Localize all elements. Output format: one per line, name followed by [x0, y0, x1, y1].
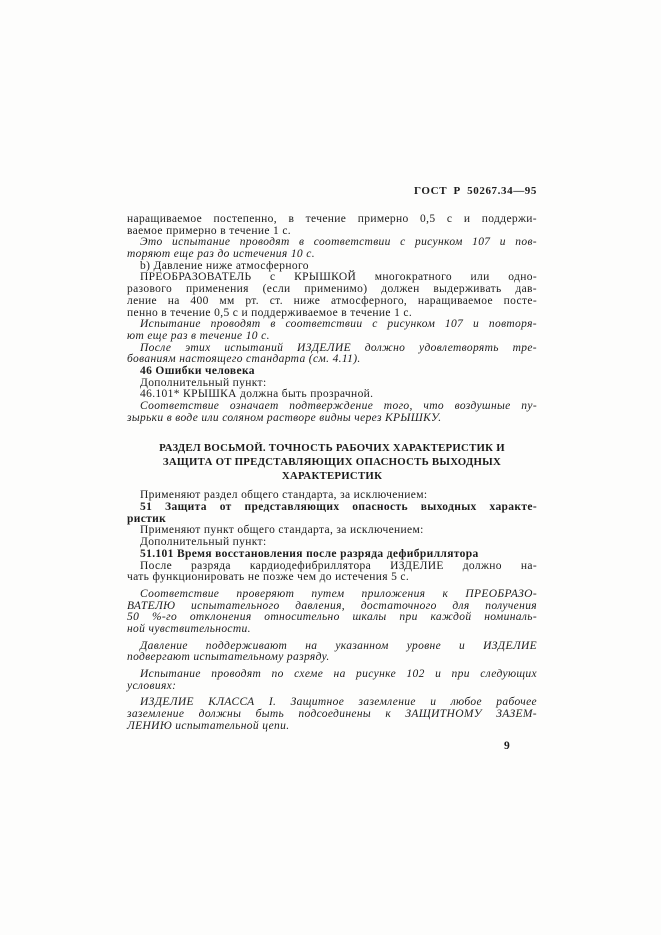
text-line: ление на 400 мм рт. ст. ниже атмосферног… — [127, 296, 537, 308]
paragraph: После разряда кардиодефибриллятора ИЗДЕЛ… — [127, 561, 537, 584]
text-line: чать функционировать не позже чем до ист… — [127, 572, 537, 584]
text-column: ГОСТ Р 50267.34—95 наращиваемое постепен… — [127, 185, 537, 732]
text-line: Соответствие проверяют путем приложения … — [127, 589, 537, 601]
paragraph: Соответствие проверяют путем приложения … — [127, 589, 537, 636]
section-heading: РАЗДЕЛ ВОСЬМОЙ. ТОЧНОСТЬ РАБОЧИХ ХАРАКТЕ… — [127, 441, 537, 483]
text-line: 51.101 Время восстановления после разряд… — [127, 549, 537, 561]
text-line: 46 Ошибки человека — [127, 366, 537, 378]
paragraph: наращиваемое постепенно, в течение приме… — [127, 214, 537, 237]
page-number: 9 — [504, 740, 510, 752]
text-line: 51 Защита от представляющих опасность вы… — [127, 502, 537, 514]
text-block: наращиваемое постепенно, в течение приме… — [127, 214, 537, 732]
paragraph: Испытание проводят по схеме на рисунке 1… — [127, 669, 537, 692]
document-page: ГОСТ Р 50267.34—95 наращиваемое постепен… — [0, 0, 661, 935]
paragraph: 46 Ошибки человека — [127, 366, 537, 378]
text-line: наращиваемое постепенно, в течение приме… — [127, 214, 537, 226]
paragraph: Испытание проводят в соответствии с рису… — [127, 319, 537, 342]
text-line: ХАРАКТЕРИСТИК — [127, 469, 537, 483]
text-line: зырьки в воде или соляном растворе видны… — [127, 413, 537, 425]
paragraph: 51.101 Время восстановления после разряд… — [127, 549, 537, 561]
text-line: ЛЕНИЮ испытательной цепи. — [127, 721, 537, 733]
text-line: условиях: — [127, 681, 537, 693]
text-line: заземление должны быть подсоединены к ЗА… — [127, 709, 537, 721]
paragraph: Это испытание проводят в соответствии с … — [127, 237, 537, 260]
paragraph: Давление поддерживают на указанном уровн… — [127, 641, 537, 664]
paragraph: ИЗДЕЛИЕ КЛАССА I. Защитное заземление и … — [127, 697, 537, 732]
text-line: ют еще раз в течение 10 с. — [127, 331, 537, 343]
running-header-standard-code: ГОСТ Р 50267.34—95 — [127, 185, 537, 197]
paragraph: ПРЕОБРАЗОВАТЕЛЬ с КРЫШКОЙ многократного … — [127, 272, 537, 319]
paragraph: 51 Защита от представляющих опасность вы… — [127, 502, 537, 525]
paragraph: После этих испытаний ИЗДЕЛИЕ должно удов… — [127, 343, 537, 366]
text-line: Испытание проводят по схеме на рисунке 1… — [127, 669, 537, 681]
paragraph: Соответствие означает подтверждение того… — [127, 401, 537, 424]
text-line: ЗАЩИТА ОТ ПРЕДСТАВЛЯЮЩИХ ОПАСНОСТЬ ВЫХОД… — [127, 455, 537, 469]
text-line: РАЗДЕЛ ВОСЬМОЙ. ТОЧНОСТЬ РАБОЧИХ ХАРАКТЕ… — [127, 441, 537, 455]
text-line: ной чувствительности. — [127, 624, 537, 636]
text-line: торяют еще раз до истечения 10 с. — [127, 249, 537, 261]
text-line: Соответствие означает подтверждение того… — [127, 401, 537, 413]
text-line: подвергают испытательному разряду. — [127, 652, 537, 664]
